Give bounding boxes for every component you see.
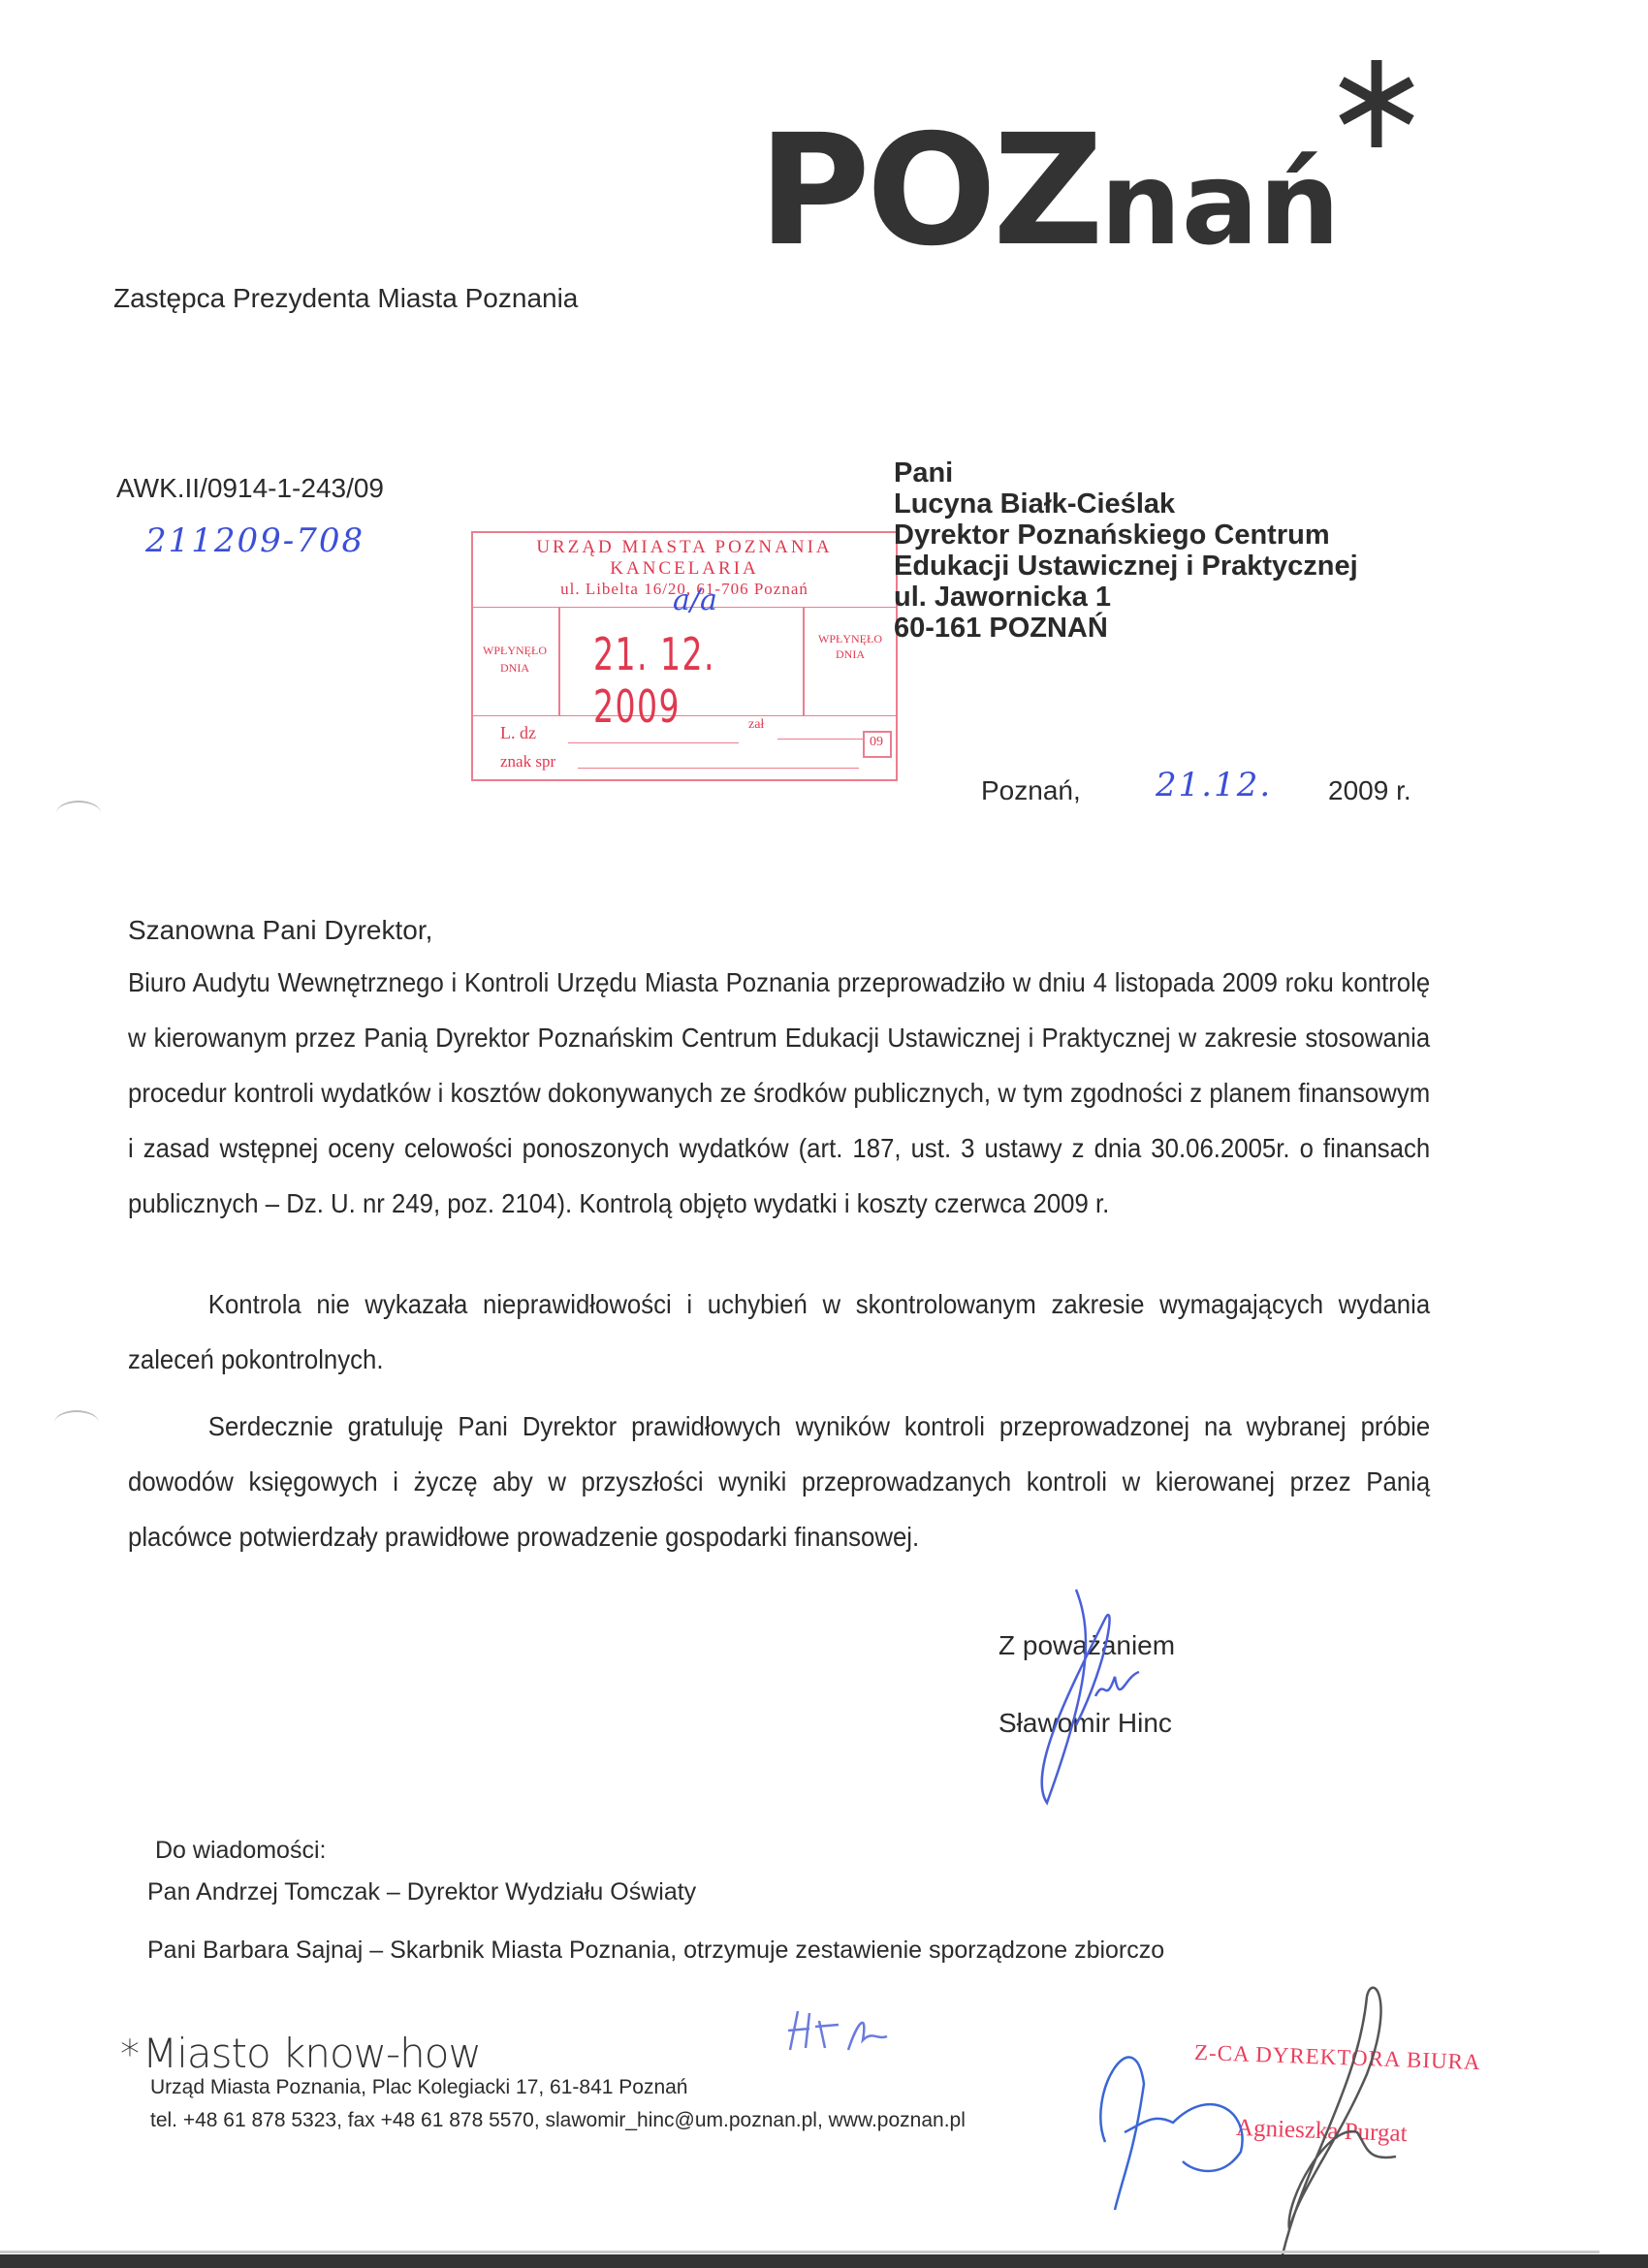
cc-label: Do wiadomości: (155, 1837, 326, 1865)
recipient-line: Lucyna Białk-Cieślak (894, 488, 1358, 520)
initials-mark (780, 2001, 935, 2064)
approval-signature (1076, 1977, 1425, 2268)
handwritten-signature (1008, 1580, 1183, 1817)
recipient-line: ul. Jawornicka 1 (894, 582, 1358, 613)
stamp-ldz-label: L. dz (500, 723, 536, 743)
recipient-line: Pani (894, 457, 1358, 488)
handwritten-reference: 211209-708 (145, 521, 364, 560)
paragraph-3-text: Serdecznie gratuluję Pani Dyrektor prawi… (128, 1411, 1430, 1552)
footer-contact: tel. +48 61 878 5323, fax +48 61 878 557… (150, 2109, 966, 2132)
stamp-right-label-1: WPŁYNĘŁO (807, 632, 894, 646)
scan-edge-line (0, 2251, 1600, 2253)
cc-item: Pani Barbara Sajnaj – Skarbnik Miasta Po… (147, 1937, 1164, 1965)
issuer-title: Zastępca Prezydenta Miasta Poznania (113, 283, 578, 314)
footer-address: Urząd Miasta Poznania, Plac Kolegiacki 1… (150, 2076, 688, 2099)
stamp-line-2: KANCELARIA (471, 558, 898, 580)
logo-text-lower: nań (1100, 137, 1341, 270)
paragraph-2-text: Kontrola nie wykazała nieprawidłowości i… (128, 1289, 1430, 1374)
punch-hole-mark (56, 801, 101, 826)
paragraph-2: Kontrola nie wykazała nieprawidłowości i… (128, 1276, 1430, 1387)
stamp-line-1: URZĄD MIASTA POZNANIA (471, 537, 898, 558)
handwritten-date: 21.12. (1156, 766, 1272, 804)
asterisk-icon: * (120, 2032, 139, 2077)
salutation: Szanowna Pani Dyrektor, (128, 915, 432, 946)
date-place: Poznań, (981, 775, 1081, 806)
logo-text-upper: POZ (758, 102, 1100, 280)
scan-edge (0, 2254, 1648, 2268)
poznan-logo: POZnań (758, 114, 1340, 268)
stamp-date: 21. 12. 2009 (593, 628, 814, 733)
stamp-right-label-2: DNIA (807, 647, 894, 662)
stamp-left-label-2: DNIA (473, 661, 556, 676)
stamp-left-label-1: WPŁYNĘŁO (473, 644, 556, 658)
date-year: 2009 r. (1328, 775, 1411, 806)
stamp-znak-label: znak spr (500, 752, 555, 772)
stamp-zal-label: zał (748, 717, 764, 733)
handwritten-mark: a/a (673, 583, 717, 617)
footer-brand: *Miasto know-how (120, 2030, 481, 2077)
paragraph-1: Biuro Audytu Wewnętrznego i Kontroli Urz… (128, 955, 1430, 1231)
receipt-stamp: URZĄD MIASTA POZNANIA KANCELARIA ul. Lib… (471, 531, 900, 783)
cc-item: Pan Andrzej Tomczak – Dyrektor Wydziału … (147, 1878, 696, 1906)
recipient-line: Edukacji Ustawicznej i Praktycznej (894, 551, 1358, 582)
footer-brand-text: Miasto know-how (143, 2030, 481, 2077)
stamp-year-box: 09 (863, 735, 890, 750)
recipient-address: Pani Lucyna Białk-Cieślak Dyrektor Pozna… (894, 457, 1358, 644)
recipient-line: 60-161 POZNAŃ (894, 613, 1358, 644)
punch-hole-mark (54, 1410, 99, 1435)
asterisk-icon (1338, 60, 1415, 147)
recipient-line: Dyrektor Poznańskiego Centrum (894, 520, 1358, 551)
reference-number: AWK.II/0914-1-243/09 (116, 473, 384, 504)
paragraph-3: Serdecznie gratuluję Pani Dyrektor prawi… (128, 1399, 1430, 1564)
